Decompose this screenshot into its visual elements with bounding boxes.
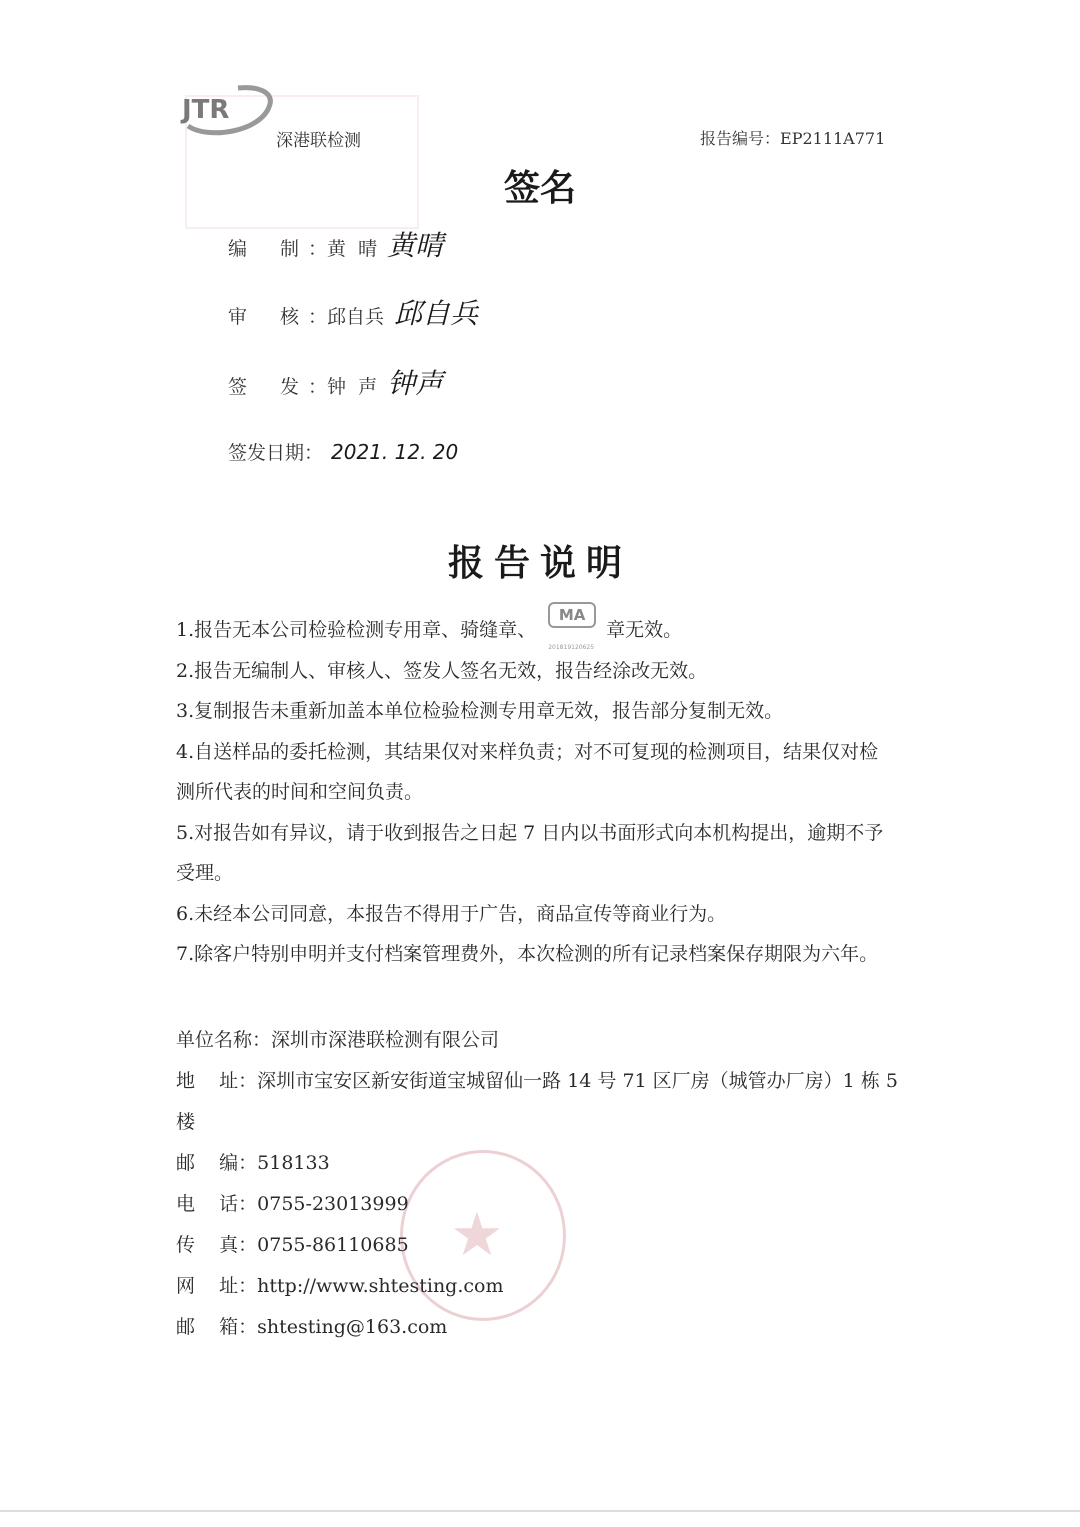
address-row: 地 址：深圳市宝安区新安街道宝城留仙一路 14 号 71 区厂房（城管办厂房）1… bbox=[176, 1061, 906, 1143]
company-name-row: 单位名称：深圳市深港联检测有限公司 bbox=[176, 1020, 906, 1061]
issuer-signature: 钟声 bbox=[387, 367, 443, 400]
website-row: 网 址：http://www.shtesting.com bbox=[176, 1266, 906, 1307]
website-link[interactable]: http://www.shtesting.com bbox=[257, 1275, 503, 1297]
note-item: 3.复制报告未重新加盖本单位检验检测专用章无效，报告部分复制无效。 bbox=[176, 691, 896, 732]
report-notes-title: 报告说明 bbox=[0, 535, 1080, 586]
compiler-name: 黄 晴 bbox=[327, 238, 377, 260]
note-item: 2.报告无编制人、审核人、签发人签名无效，报告经涂改无效。 bbox=[176, 651, 896, 692]
note-item: 4.自送样品的委托检测，其结果仅对来样负责；对不可复现的检测项目，结果仅对检测所… bbox=[176, 732, 896, 813]
postcode-row: 邮 编：518133 bbox=[176, 1143, 906, 1184]
signature-row-compiler: 编制：黄 晴黄晴 bbox=[228, 224, 443, 264]
email-link[interactable]: shtesting@163.com bbox=[257, 1316, 447, 1338]
reviewer-name: 邱自兵 bbox=[327, 306, 384, 328]
issuer-name: 钟 声 bbox=[327, 376, 377, 398]
cma-mark-icon: MA201819120625 bbox=[542, 602, 600, 640]
compiler-signature: 黄晴 bbox=[387, 229, 443, 262]
signatures-title: 签名 bbox=[0, 160, 1080, 211]
report-notes-list: 1.报告无本公司检验检测专用章、骑缝章、MA201819120625章无效。 2… bbox=[176, 610, 896, 975]
signature-row-issuer: 签发：钟 声钟声 bbox=[228, 362, 443, 402]
note-item: 5.对报告如有异议，请于收到报告之日起 7 日内以书面形式向本机构提出，逾期不予… bbox=[176, 813, 896, 894]
report-number-value: EP2111A771 bbox=[780, 129, 885, 148]
page-bottom-edge bbox=[0, 1510, 1080, 1512]
note-item: 7.除客户特别申明并支付档案管理费外，本次检测的所有记录档案保存期限为六年。 bbox=[176, 934, 896, 975]
issue-date-label: 签发日期： bbox=[228, 442, 323, 464]
reviewer-signature: 邱自兵 bbox=[394, 297, 478, 330]
report-number: 报告编号：EP2111A771 bbox=[700, 126, 885, 149]
note-item: 6.未经本公司同意，本报告不得用于广告，商品宣传等商业行为。 bbox=[176, 894, 896, 935]
issue-date-value: 2021. 12. 20 bbox=[331, 440, 458, 464]
phone-row: 电 话：0755-23013999 bbox=[176, 1184, 906, 1225]
company-short-name: 深港联检测 bbox=[276, 126, 361, 151]
svg-text:JTR: JTR bbox=[180, 95, 229, 125]
jtr-logo: JTR bbox=[178, 82, 278, 142]
note-item: 1.报告无本公司检验检测专用章、骑缝章、MA201819120625章无效。 bbox=[176, 610, 896, 651]
issue-date-row: 签发日期：2021. 12. 20 bbox=[228, 438, 458, 465]
signature-row-reviewer: 审核：邱自兵邱自兵 bbox=[228, 292, 478, 332]
email-row: 邮 箱：shtesting@163.com bbox=[176, 1307, 906, 1348]
report-number-label: 报告编号： bbox=[700, 129, 780, 148]
fax-row: 传 真：0755-86110685 bbox=[176, 1225, 906, 1266]
contact-info: 单位名称：深圳市深港联检测有限公司 地 址：深圳市宝安区新安街道宝城留仙一路 1… bbox=[176, 1020, 906, 1348]
